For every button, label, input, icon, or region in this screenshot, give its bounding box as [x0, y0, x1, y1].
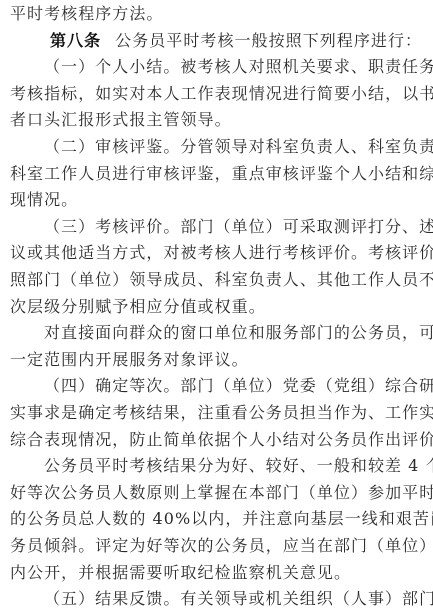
paragraph-line: 科室工作人员进行审核评鉴，重点审核评鉴个人小结和综合表 — [10, 164, 422, 184]
paragraph-line: 一定范围内开展服务对象评议。 — [10, 350, 422, 370]
paragraph-line: （一）个人小结。被考核人对照机关要求、职责任务或者 — [10, 57, 422, 77]
paragraph-line: 者口头汇报形式报主管领导。 — [10, 110, 422, 130]
article-text: 公务员平时考核一般按照下列程序进行： — [115, 31, 422, 50]
paragraph-line: 好等次公务员人数原则上掌握在本部门（单位）参加平时考核 — [10, 483, 422, 503]
paragraph-line: 照部门（单位）领导成员、科室负责人、其他工作人员不同层 — [10, 270, 422, 290]
paragraph-line: 议或其他适当方式，对被考核人进行考核评价。考核评价可按 — [10, 243, 422, 263]
paragraph-line: 内公开，并根据需要听取纪检监察机关意见。 — [10, 563, 422, 583]
paragraph-line: 公务员平时考核结果分为好、较好、一般和较差 4 个等次。 — [10, 456, 422, 476]
paragraph-line: （三）考核评价。部门（单位）可采取测评打分、述职评 — [10, 217, 422, 237]
article-8-line: 第八条公务员平时考核一般按照下列程序进行： — [10, 31, 422, 51]
paragraph-line: 次层级分别赋予相应分值或权重。 — [10, 297, 422, 317]
paragraph-line: 平时考核程序方法。 — [10, 4, 422, 24]
paragraph-line: （四）确定等次。部门（单位）党委（党组）综合研判， — [10, 376, 422, 396]
paragraph-line: 综合表现情况，防止简单依据个人小结对公务员作出评价。 — [10, 430, 422, 450]
document-page: 平时考核程序方法。 第八条公务员平时考核一般按照下列程序进行： （一）个人小结。… — [0, 0, 433, 616]
paragraph-line: （二）审核评鉴。分管领导对科室负责人、科室负责人对 — [10, 137, 422, 157]
paragraph-line: 实事求是确定考核结果，注重看公务员担当作为、工作实绩等 — [10, 403, 422, 423]
paragraph-line: 考核指标，如实对本人工作表现情况进行简要小结，以书面或 — [10, 84, 422, 104]
paragraph-line: 现情况。 — [10, 190, 422, 210]
paragraph-line: 对直接面向群众的窗口单位和服务部门的公务员，可以在 — [10, 323, 422, 343]
article-heading: 第八条 — [50, 31, 101, 50]
paragraph-line: （五）结果反馈。有关领导或机关组织（人事）部门采取 — [10, 589, 422, 609]
paragraph-line: 务员倾斜。评定为好等次的公务员，应当在部门（单位）范围 — [10, 536, 422, 556]
paragraph-line: 的公务员总人数的 40%以内，并注意向基层一线和艰苦岗位公 — [10, 509, 422, 529]
